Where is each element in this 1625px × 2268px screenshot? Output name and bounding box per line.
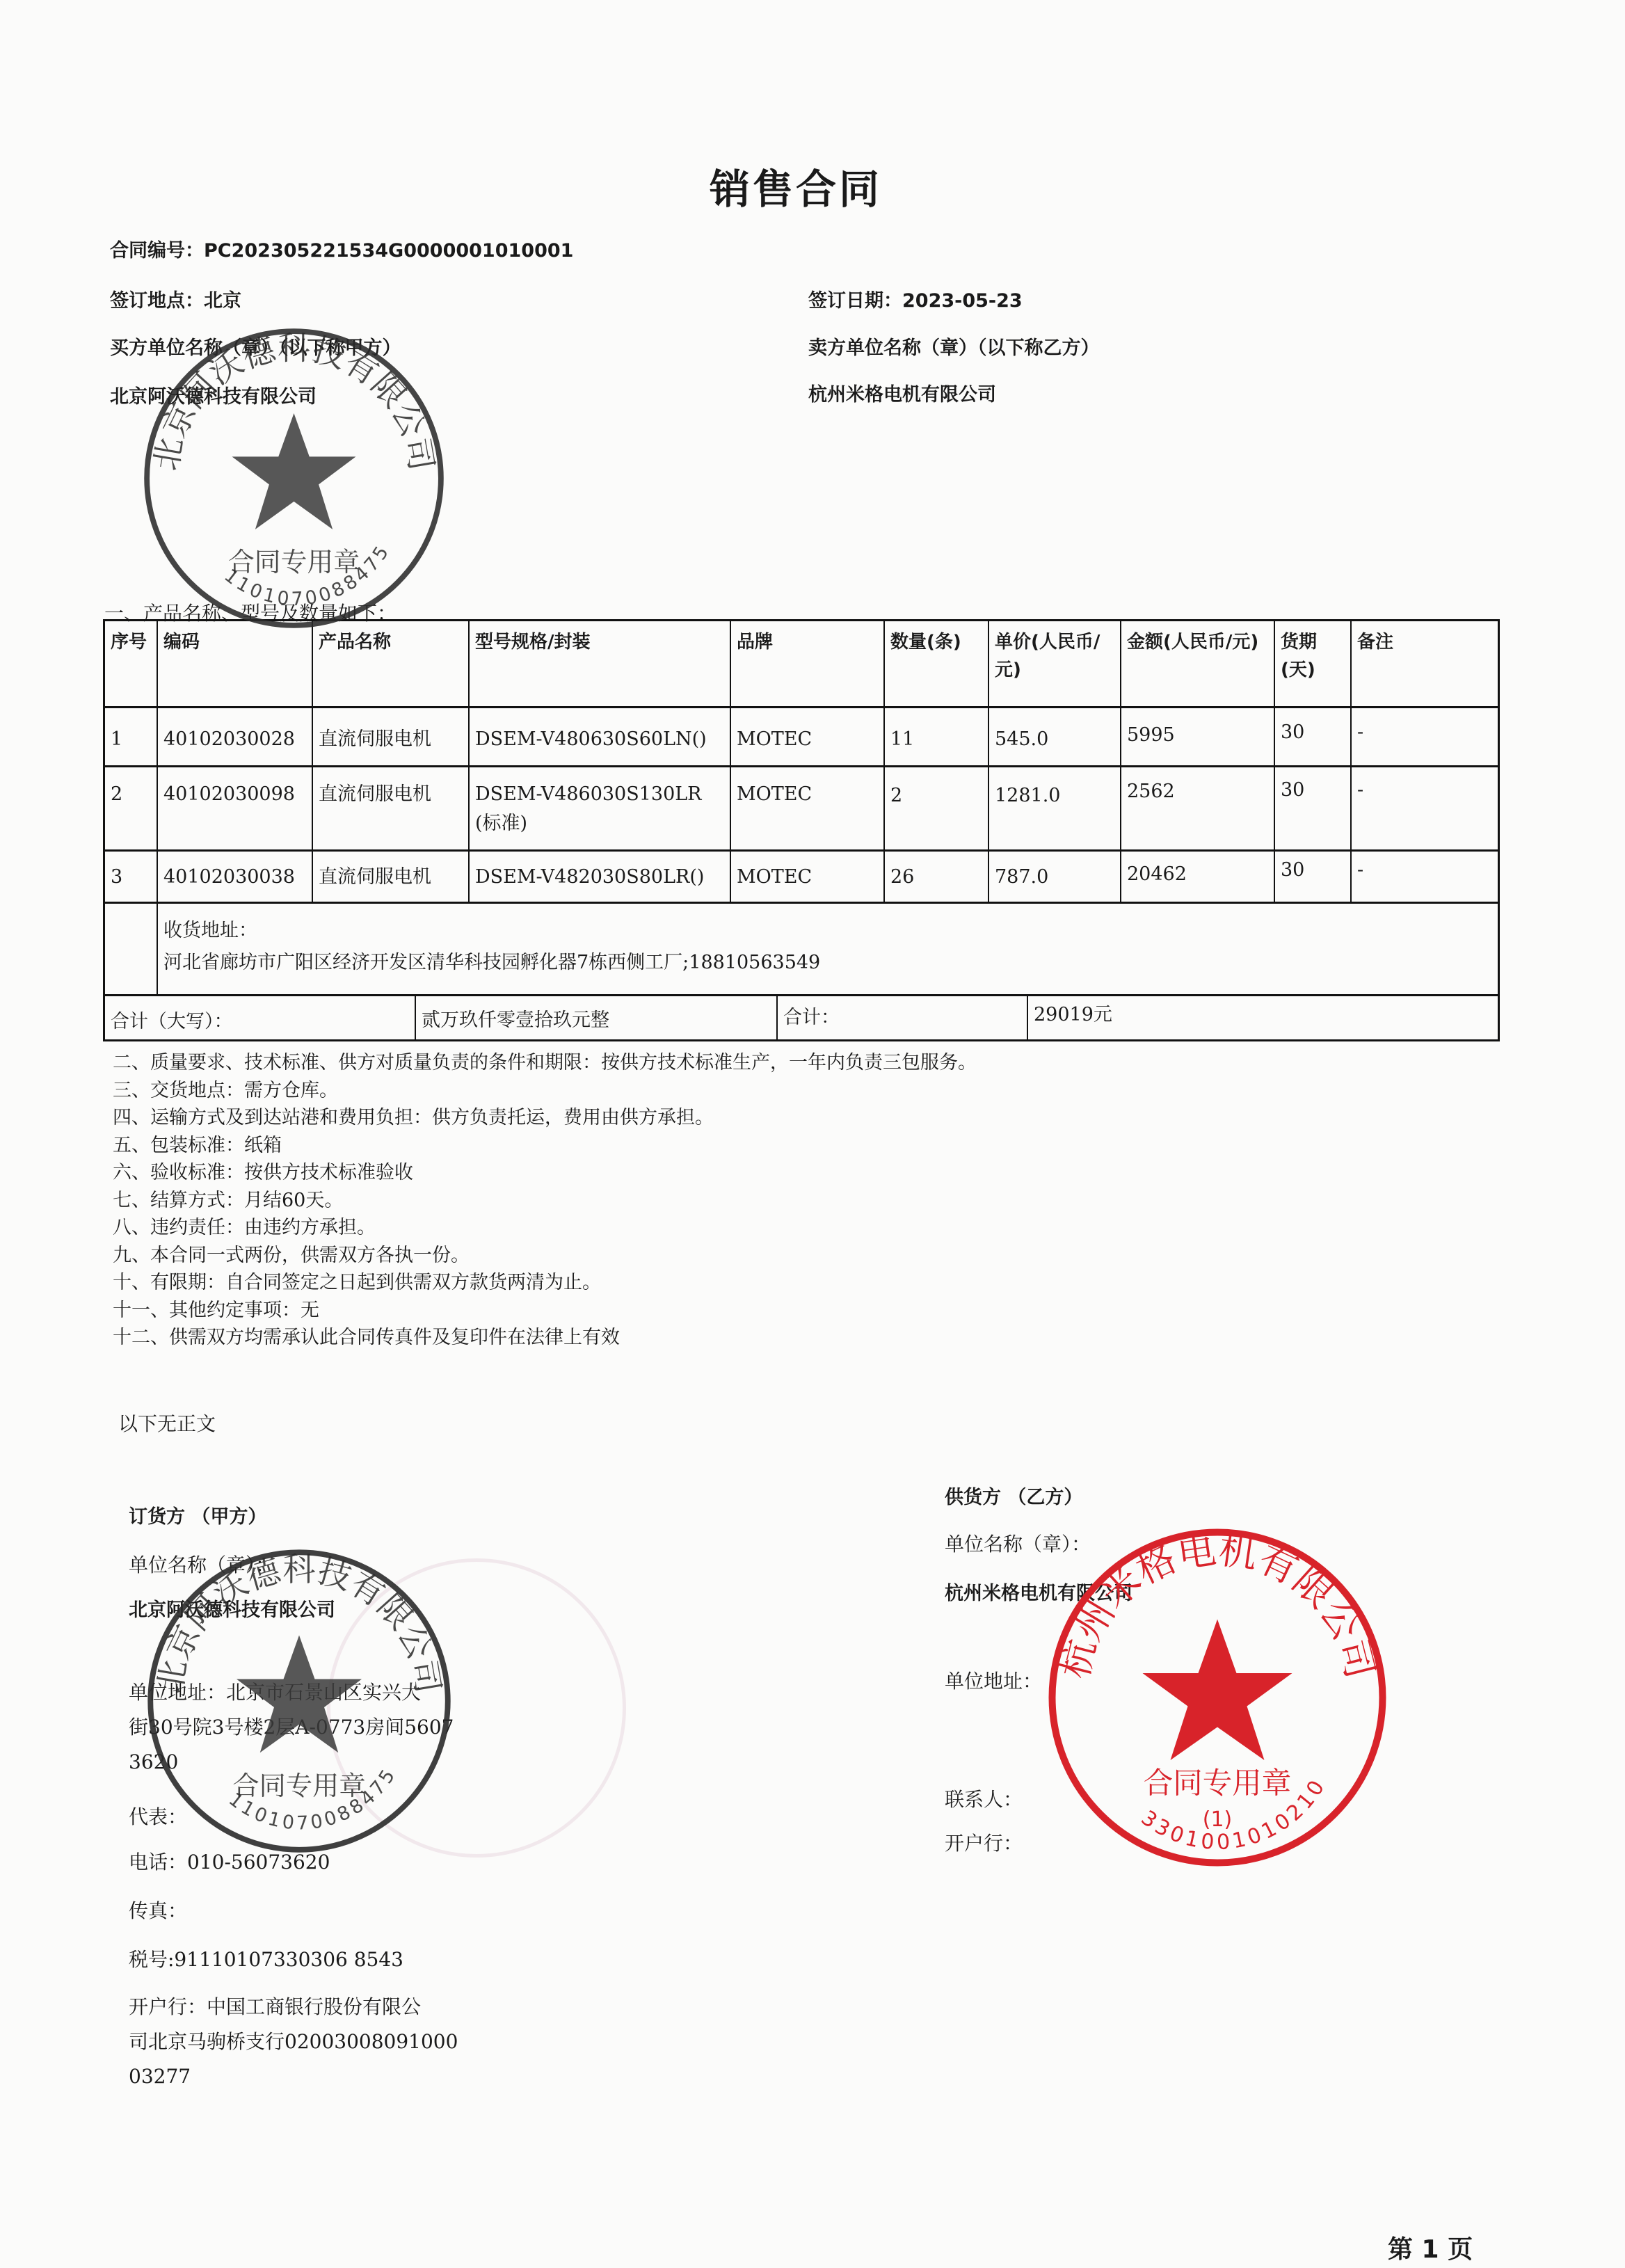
contract-number: 合同编号：PC202305221534G0000001010001 (110, 235, 573, 262)
cell-qty: 11 (883, 708, 988, 765)
seal-icon: 北京阿沃德科技有限公司 1101070088475 合同专用章 (143, 1544, 456, 1858)
document-title: 销售合同 (710, 157, 882, 215)
sign-date: 签订日期：2023-05-23 (808, 285, 1023, 312)
party-b-address-label: 单位地址： (945, 1666, 1042, 1694)
term-item: 五、包装标准：纸箱 (113, 1132, 977, 1160)
column-header-code: 编码 (157, 621, 312, 706)
cell-name: 直流伺服电机 (312, 852, 468, 902)
cell-remark: - (1350, 708, 1498, 765)
term-item: 四、运输方式及到达站港和费用负担：供方负责托运，费用由供方承担。 (113, 1104, 977, 1132)
seller-name: 杭州米格电机有限公司 (808, 379, 996, 406)
column-header-price: 单价(人民币/元) (988, 621, 1120, 706)
term-item: 三、交货地点：需方仓库。 (113, 1077, 977, 1105)
delivery-address-label: 收货地址： (163, 915, 1492, 947)
column-header-seq: 序号 (105, 621, 157, 706)
end-note: 以下无正文 (118, 1409, 216, 1437)
cell-amount: 5995 (1120, 708, 1274, 765)
term-item: 十二、供需双方均需承认此合同传真件及复印件在法律上有效 (113, 1324, 977, 1352)
contract-number-value: PC202305221534G0000001010001 (204, 240, 573, 262)
cell-seq: 1 (105, 708, 157, 765)
cell-qty: 2 (883, 767, 988, 849)
cell-name: 直流伺服电机 (312, 708, 468, 765)
svg-text:合同专用章: 合同专用章 (228, 547, 360, 577)
term-item: 十一、其他约定事项：无 (113, 1297, 977, 1325)
cell-remark: - (1350, 852, 1498, 902)
cell-code: 40102030038 (157, 852, 312, 902)
total-row: 合计（大写）： 贰万玖仟零壹拾玖元整 合计： 29019元 (105, 994, 1498, 1039)
svg-text:(1): (1) (1203, 1807, 1233, 1832)
cell-seq: 2 (105, 767, 157, 849)
sign-date-value: 2023-05-23 (902, 290, 1023, 312)
seal-icon: 杭州米格电机有限公司 3301001010210 合同专用章 (1) (1043, 1524, 1391, 1871)
address-spacer (105, 904, 157, 994)
cell-brand: MOTEC (730, 767, 883, 849)
party-a-bank: 开户行：中国工商银行股份有限公 司北京马驹桥支行02003008091000 0… (129, 1990, 458, 2094)
cell-price: 1281.0 (988, 767, 1120, 849)
cell-days: 30 (1274, 708, 1350, 765)
cell-name: 直流伺服电机 (312, 767, 468, 849)
total-upper-label: 合计（大写）： (105, 996, 415, 1039)
column-header-amount: 金额(人民币/元) (1120, 621, 1274, 706)
party-b-bank-label: 开户行： (945, 1828, 1023, 1856)
sign-place: 签订地点：北京 (110, 285, 241, 312)
term-item: 九、本合同一式两份，供需双方各执一份。 (113, 1242, 977, 1270)
term-item: 十、有限期：自合同签定之日起到供需双方款货两清为止。 (113, 1269, 977, 1297)
contract-number-label: 合同编号： (110, 240, 204, 262)
table-row: 3 40102030038 直流伺服电机 DSEM-V482030S80LR()… (105, 849, 1498, 902)
buyer-company-seal-bottom: 北京阿沃德科技有限公司 1101070088475 合同专用章 (143, 1544, 456, 1858)
column-header-brand: 品牌 (730, 621, 883, 706)
party-a-heading: 订货方 （甲方） (129, 1501, 266, 1528)
total-label: 合计： (776, 996, 1027, 1039)
svg-text:合同专用章: 合同专用章 (1144, 1767, 1292, 1801)
cell-brand: MOTEC (730, 852, 883, 902)
page-number: 第 1 页 (1388, 2230, 1473, 2265)
delivery-address-value: 河北省廊坊市广阳区经济开发区清华科技园孵化器7栋西侧工厂;18810563549 (163, 947, 1492, 979)
column-header-days: 货期(天) (1274, 621, 1350, 706)
cell-spec: DSEM-V486030S130LR(标准) (468, 767, 730, 849)
term-item: 六、验收标准：按供方技术标准验收 (113, 1159, 977, 1187)
cell-remark: - (1350, 767, 1498, 849)
cell-spec: DSEM-V482030S80LR() (468, 852, 730, 902)
product-table: 序号 编码 产品名称 型号规格/封装 品牌 数量(条) 单价(人民币/元) 金额… (103, 619, 1500, 1041)
party-b-heading: 供货方 （乙方） (945, 1482, 1082, 1509)
cell-amount: 2562 (1120, 767, 1274, 849)
cell-price: 545.0 (988, 708, 1120, 765)
column-header-name: 产品名称 (312, 621, 468, 706)
cell-spec: DSEM-V480630S60LN() (468, 708, 730, 765)
party-b-contact-label: 联系人： (945, 1784, 1023, 1812)
term-item: 二、质量要求、技术标准、供方对质量负责的条件和期限：按供方技术标准生产，一年内负… (113, 1049, 977, 1077)
seller-company-seal: 杭州米格电机有限公司 3301001010210 合同专用章 (1) (1043, 1524, 1391, 1871)
column-header-spec: 型号规格/封装 (468, 621, 730, 706)
table-header-row: 序号 编码 产品名称 型号规格/封装 品牌 数量(条) 单价(人民币/元) 金额… (105, 621, 1498, 706)
party-a-fax: 传真： (129, 1896, 187, 1924)
address-row: 收货地址： 河北省廊坊市广阳区经济开发区清华科技园孵化器7栋西侧工厂;18810… (105, 902, 1498, 994)
party-a-tax: 税号:91110107330306 8543 (129, 1944, 403, 1972)
table-row: 2 40102030098 直流伺服电机 DSEM-V486030S130LR(… (105, 765, 1498, 849)
column-header-qty: 数量(条) (883, 621, 988, 706)
sign-place-value: 北京 (204, 290, 241, 312)
total-value: 29019元 (1027, 996, 1498, 1039)
party-a-bank-line: 开户行：中国工商银行股份有限公 (129, 1990, 458, 2025)
party-a-bank-line: 司北京马驹桥支行02003008091000 (129, 2025, 458, 2059)
cell-seq: 3 (105, 852, 157, 902)
cell-days: 30 (1274, 767, 1350, 849)
sign-date-label: 签订日期： (808, 290, 902, 312)
cell-brand: MOTEC (730, 708, 883, 765)
cell-code: 40102030098 (157, 767, 312, 849)
party-a-bank-line: 03277 (129, 2059, 458, 2094)
total-upper-value: 贰万玖仟零壹拾玖元整 (415, 996, 776, 1039)
term-item: 七、结算方式：月结60天。 (113, 1187, 977, 1215)
seller-label: 卖方单位名称（章）（以下称乙方） (808, 333, 1100, 360)
contract-terms: 二、质量要求、技术标准、供方对质量负责的条件和期限：按供方技术标准生产，一年内负… (113, 1049, 977, 1352)
cell-amount: 20462 (1120, 852, 1274, 902)
buyer-company-seal-top: 北京阿沃德科技有限公司 1101070088475 合同专用章 (139, 324, 449, 633)
sign-place-label: 签订地点： (110, 290, 204, 312)
cell-price: 787.0 (988, 852, 1120, 902)
seal-icon: 北京阿沃德科技有限公司 1101070088475 合同专用章 (139, 324, 449, 633)
column-header-remark: 备注 (1350, 621, 1498, 706)
cell-qty: 26 (883, 852, 988, 902)
delivery-address: 收货地址： 河北省廊坊市广阳区经济开发区清华科技园孵化器7栋西侧工厂;18810… (157, 904, 1498, 994)
term-item: 八、违约责任：由违约方承担。 (113, 1214, 977, 1242)
cell-code: 40102030028 (157, 708, 312, 765)
svg-text:合同专用章: 合同专用章 (232, 1771, 365, 1802)
table-row: 1 40102030028 直流伺服电机 DSEM-V480630S60LN()… (105, 706, 1498, 765)
cell-days: 30 (1274, 852, 1350, 902)
